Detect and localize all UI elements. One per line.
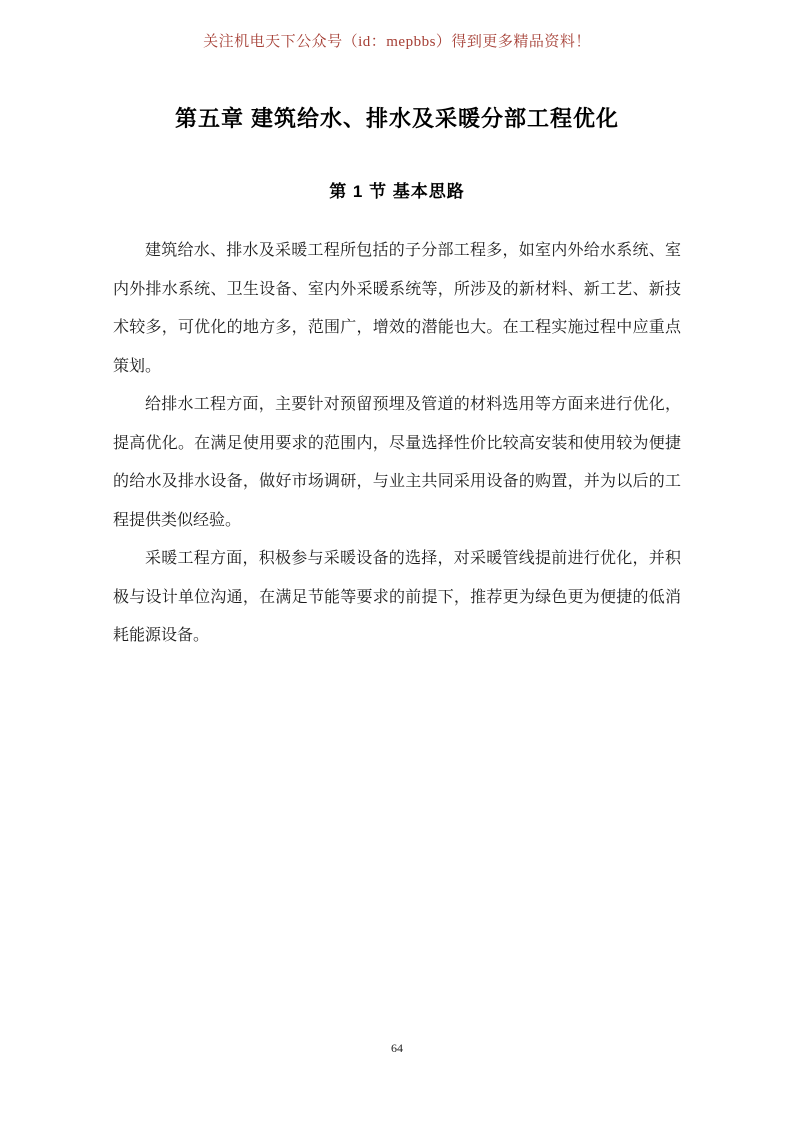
header-notice: 关注机电天下公众号（id：mepbbs）得到更多精品资料！ bbox=[0, 30, 794, 51]
body-text-block: 建筑给水、排水及采暖工程所包括的子分部工程多，如室内外给水系统、室内外排水系统、… bbox=[113, 232, 681, 656]
chapter-title: 第五章 建筑给水、排水及采暖分部工程优化 bbox=[0, 102, 794, 133]
document-page: 关注机电天下公众号（id：mepbbs）得到更多精品资料！ 第五章 建筑给水、排… bbox=[0, 0, 794, 1123]
paragraph: 建筑给水、排水及采暖工程所包括的子分部工程多，如室内外给水系统、室内外排水系统、… bbox=[113, 232, 681, 386]
section-title: 第 1 节 基本思路 bbox=[0, 177, 794, 202]
paragraph: 给排水工程方面，主要针对预留预埋及管道的材料选用等方面来进行优化，提高优化。在满… bbox=[113, 386, 681, 540]
paragraph: 采暖工程方面，积极参与采暖设备的选择，对采暖管线提前进行优化，并积极与设计单位沟… bbox=[113, 540, 681, 656]
page-number: 64 bbox=[0, 1041, 794, 1056]
